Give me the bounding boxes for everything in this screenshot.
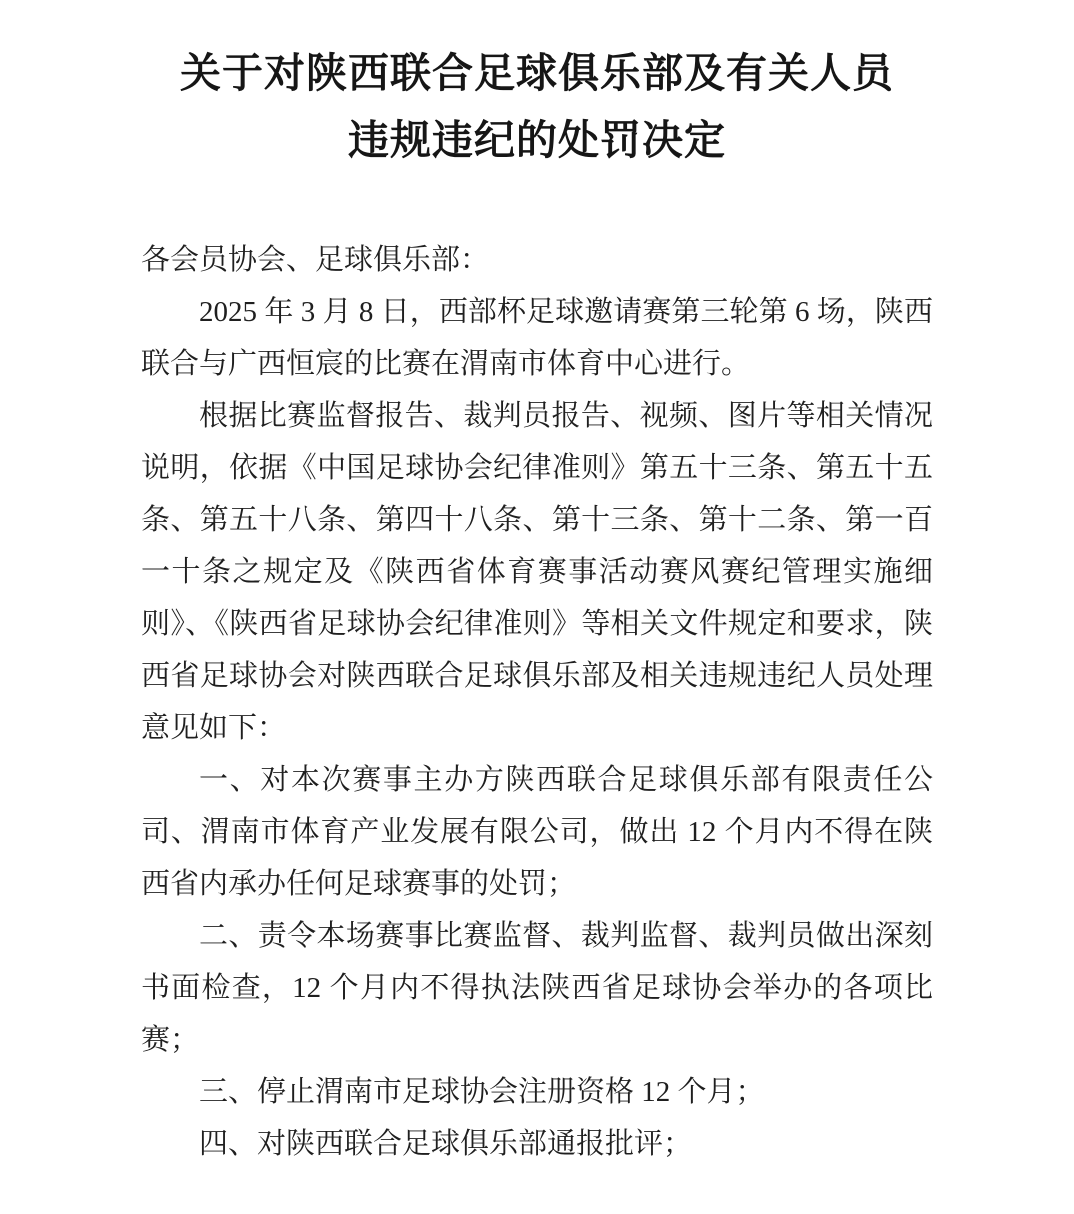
paragraph-match-info: 2025 年 3 月 8 日，西部杯足球邀请赛第三轮第 6 场，陕西联合与广西恒… bbox=[141, 286, 933, 390]
document-canvas: 关于对陕西联合足球俱乐部及有关人员 违规违纪的处罚决定 各会员协会、足球俱乐部：… bbox=[0, 0, 1074, 1214]
document-body: 各会员协会、足球俱乐部： 2025 年 3 月 8 日，西部杯足球邀请赛第三轮第… bbox=[141, 234, 933, 1170]
document-title-line2: 违规违纪的处罚决定 bbox=[141, 107, 933, 174]
salutation: 各会员协会、足球俱乐部： bbox=[141, 234, 933, 286]
penalty-item-4: 四、对陕西联合足球俱乐部通报批评； bbox=[141, 1118, 933, 1170]
paragraph-legal-basis: 根据比赛监督报告、裁判员报告、视频、图片等相关情况说明，依据《中国足球协会纪律准… bbox=[141, 390, 933, 754]
document-title: 关于对陕西联合足球俱乐部及有关人员 违规违纪的处罚决定 bbox=[141, 40, 933, 174]
penalty-item-1: 一、对本次赛事主办方陕西联合足球俱乐部有限责任公司、渭南市体育产业发展有限公司，… bbox=[141, 754, 933, 910]
penalty-item-2: 二、责令本场赛事比赛监督、裁判监督、裁判员做出深刻书面检查，12 个月内不得执法… bbox=[141, 910, 933, 1066]
penalty-item-3: 三、停止渭南市足球协会注册资格 12 个月； bbox=[141, 1066, 933, 1118]
document-page: 关于对陕西联合足球俱乐部及有关人员 违规违纪的处罚决定 各会员协会、足球俱乐部：… bbox=[141, 0, 933, 1214]
document-title-line1: 关于对陕西联合足球俱乐部及有关人员 bbox=[141, 40, 933, 107]
